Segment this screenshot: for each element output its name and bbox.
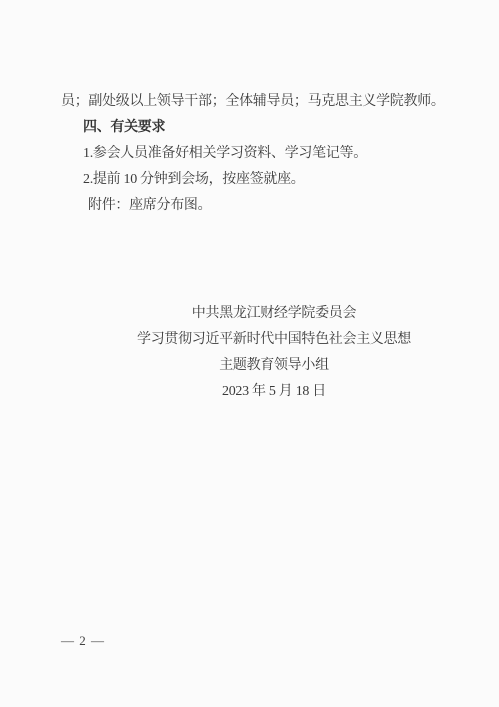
signature-org-line-2: 学习贯彻习近平新时代中国特色社会主义思想 xyxy=(118,327,430,353)
page-number: — 2 — xyxy=(61,633,105,649)
paragraph-continuation: 员；副处级以上领导干部；全体辅导员；马克思主义学院教师。 xyxy=(61,89,449,115)
attachment-line: 附件：座席分布图。 xyxy=(61,193,449,219)
document-body: 员；副处级以上领导干部；全体辅导员；马克思主义学院教师。 四、有关要求 1.参会… xyxy=(61,89,449,219)
document-page: 员；副处级以上领导干部；全体辅导员；马克思主义学院教师。 四、有关要求 1.参会… xyxy=(0,0,499,707)
signature-date: 2023 年 5 月 18 日 xyxy=(118,379,430,405)
signature-org-line-3: 主题教育领导小组 xyxy=(118,353,430,379)
section-heading: 四、有关要求 xyxy=(61,115,449,141)
requirement-item-2: 2.提前 10 分钟到会场，按座签就座。 xyxy=(61,167,449,193)
signature-block: 中共黑龙江财经学院委员会 学习贯彻习近平新时代中国特色社会主义思想 主题教育领导… xyxy=(118,301,430,405)
requirement-item-1: 1.参会人员准备好相关学习资料、学习笔记等。 xyxy=(61,141,449,167)
signature-org-line-1: 中共黑龙江财经学院委员会 xyxy=(118,301,430,327)
